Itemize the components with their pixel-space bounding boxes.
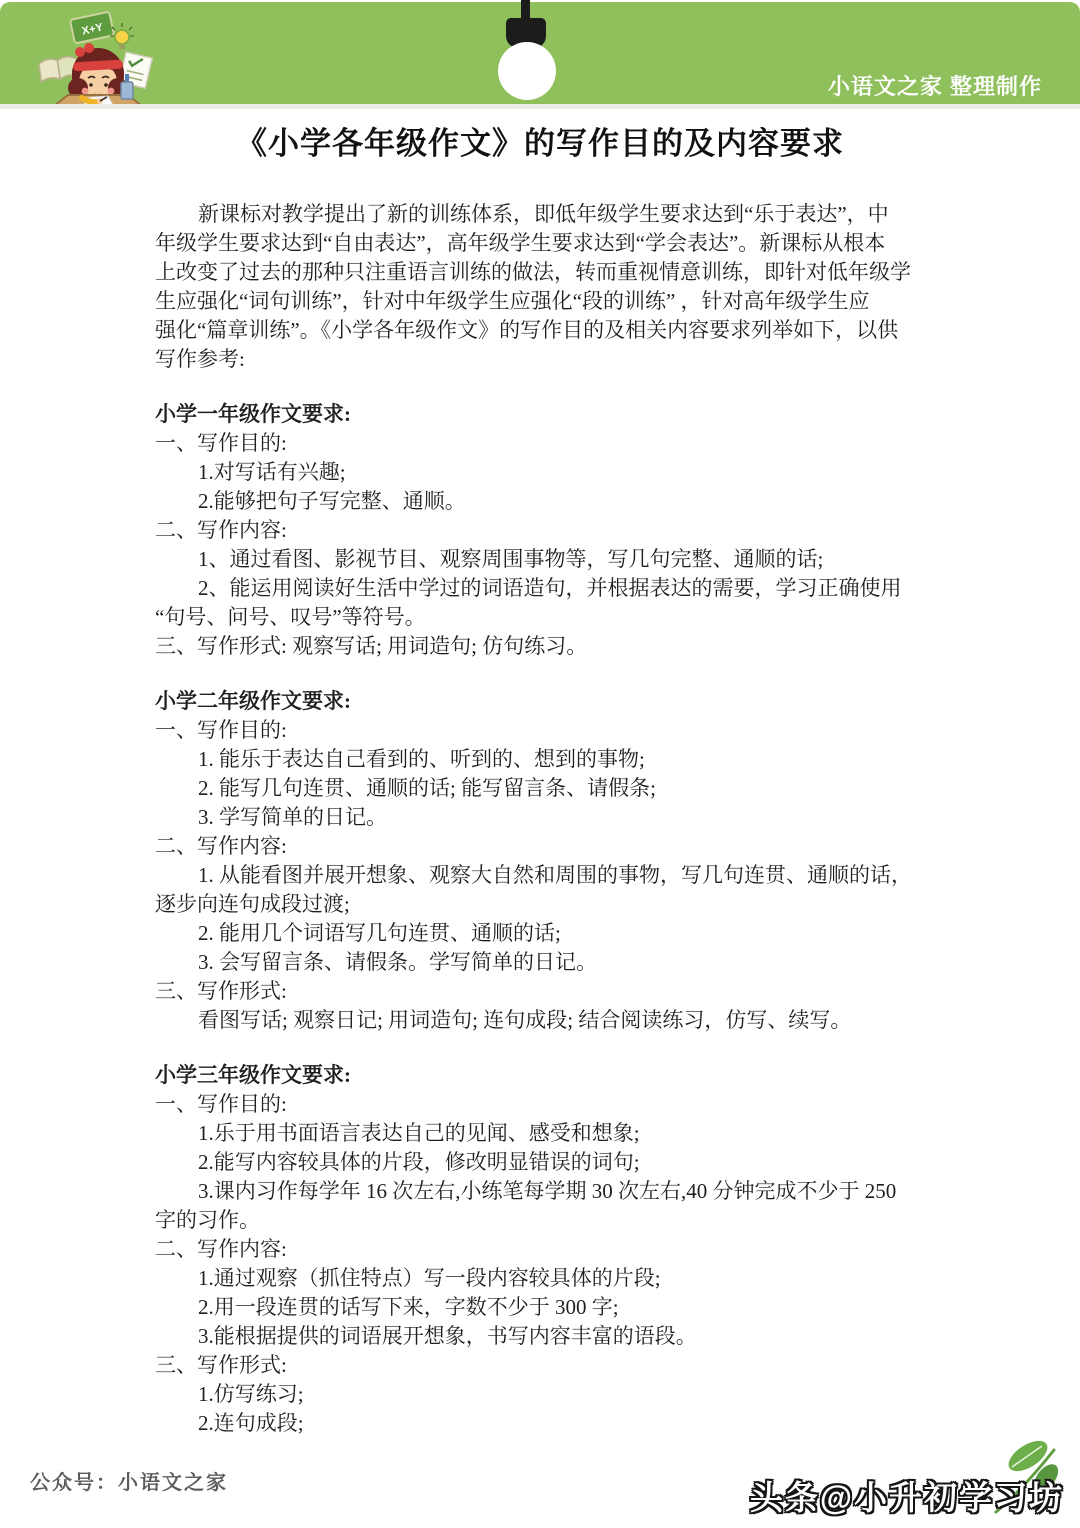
text-line: 二、写作内容: [155,832,937,861]
text-line: 逐步向连句成段过渡; [155,890,937,919]
text-line: 一、写作目的: [155,716,937,745]
page-title: 《小学各年级作文》的写作目的及内容要求 [0,118,1080,163]
text-line: 新课标对教学提出了新的训练体系，即低年级学生要求达到“乐于表达”，中 [155,200,937,229]
text-line: 二、写作内容: [155,1235,937,1264]
text-line: 三、写作形式: [155,1351,937,1380]
text-line: 2. 能用几个词语写几句连贯、通顺的话; [155,919,937,948]
text-line: 1.乐于用书面语言表达自己的见闻、感受和想象; [155,1119,937,1148]
text-line: 1.通过观察（抓住特点）写一段内容较具体的片段; [155,1264,937,1293]
text-line: 二、写作内容: [155,516,937,545]
grade-section: 小学三年级作文要求:一、写作目的:1.乐于用书面语言表达自己的见闻、感受和想象;… [155,1061,937,1438]
text-line: 年级学生要求达到“自由表达”，高年级学生要求达到“学会表达”。新课标从根本 [155,229,937,258]
text-line: 3. 学写简单的日记。 [155,803,937,832]
text-line: 3.能根据提供的词语展开想象，书写内容丰富的语段。 [155,1322,937,1351]
section-heading: 小学三年级作文要求: [155,1061,937,1090]
text-line: 2.用一段连贯的话写下来，字数不少于 300 字; [155,1293,937,1322]
text-line: 1.仿写练习; [155,1380,937,1409]
document-body: 新课标对教学提出了新的训练体系，即低年级学生要求达到“乐于表达”，中年级学生要求… [155,200,937,1438]
text-line: 字的习作。 [155,1206,937,1235]
section-heading: 小学二年级作文要求: [155,687,937,716]
text-line: “句号、问号、叹号”等符号。 [155,603,937,632]
text-line: 2、能运用阅读好生活中学过的词语造句，并根据表达的需要，学习正确使用 [155,574,937,603]
grade-section: 小学二年级作文要求:一、写作目的:1. 能乐于表达自己看到的、听到的、想到的事物… [155,687,937,1035]
header-banner: X+Y [0,2,1080,104]
page: X+Y [0,0,1080,1528]
text-line: 1.对写话有兴趣; [155,458,937,487]
chalkboard-icon: X+Y [70,12,114,44]
text-line: 2.能够把句子写完整、通顺。 [155,487,937,516]
text-line: 2. 能写几句连贯、通顺的话; 能写留言条、请假条; [155,774,937,803]
watermark: 头条@小升初学习坊 [750,1472,1064,1519]
banner-divider [0,104,1080,109]
text-line: 三、写作形式: [155,977,937,1006]
section-heading: 小学一年级作文要求: [155,400,937,429]
text-line: 强化“篇章训练”。《小学各年级作文》的写作目的及相关内容要求列举如下，以供 [155,316,937,345]
header-credit: 小语文之家 整理制作 [828,70,1042,101]
text-line: 3.课内习作每学年 16 次左右,小练笔每学期 30 次左右,40 分钟完成不少… [155,1177,937,1206]
text-line: 3. 会写留言条、请假条。学写简单的日记。 [155,948,937,977]
text-line: 一、写作目的: [155,429,937,458]
text-line: 写作参考: [155,345,937,374]
text-line: 1. 能乐于表达自己看到的、听到的、想到的事物; [155,745,937,774]
text-line: 2.连句成段; [155,1409,937,1438]
study-girl-illustration: X+Y [10,2,210,104]
text-line: 上改变了过去的那种只注重语言训练的做法，转而重视情意训练，即针对低年级学 [155,258,937,287]
text-line: 看图写话; 观察日记; 用词造句; 连句成段; 结合阅读练习，仿写、续写。 [155,1006,937,1035]
text-line: 1、通过看图、影视节目、观察周围事物等，写几句完整、通顺的话; [155,545,937,574]
text-line: 2.能写内容较具体的片段，修改明显错误的词句; [155,1148,937,1177]
footer-account: 公众号：小语文之家 [30,1466,228,1495]
text-line: 一、写作目的: [155,1090,937,1119]
text-line: 1. 从能看图并展开想象、观察大自然和周围的事物，写几句连贯、通顺的话， [155,861,937,890]
text-line: 三、写作形式: 观察写话; 用词造句; 仿句练习。 [155,632,937,661]
grade-section: 小学一年级作文要求:一、写作目的:1.对写话有兴趣;2.能够把句子写完整、通顺。… [155,400,937,661]
idea-bulb-icon [110,23,134,49]
intro-paragraph: 新课标对教学提出了新的训练体系，即低年级学生要求达到“乐于表达”，中年级学生要求… [155,200,937,374]
text-line: 生应强化“词句训练”，针对中年级学生应强化“段的训练” ，针对高年级学生应 [155,287,937,316]
